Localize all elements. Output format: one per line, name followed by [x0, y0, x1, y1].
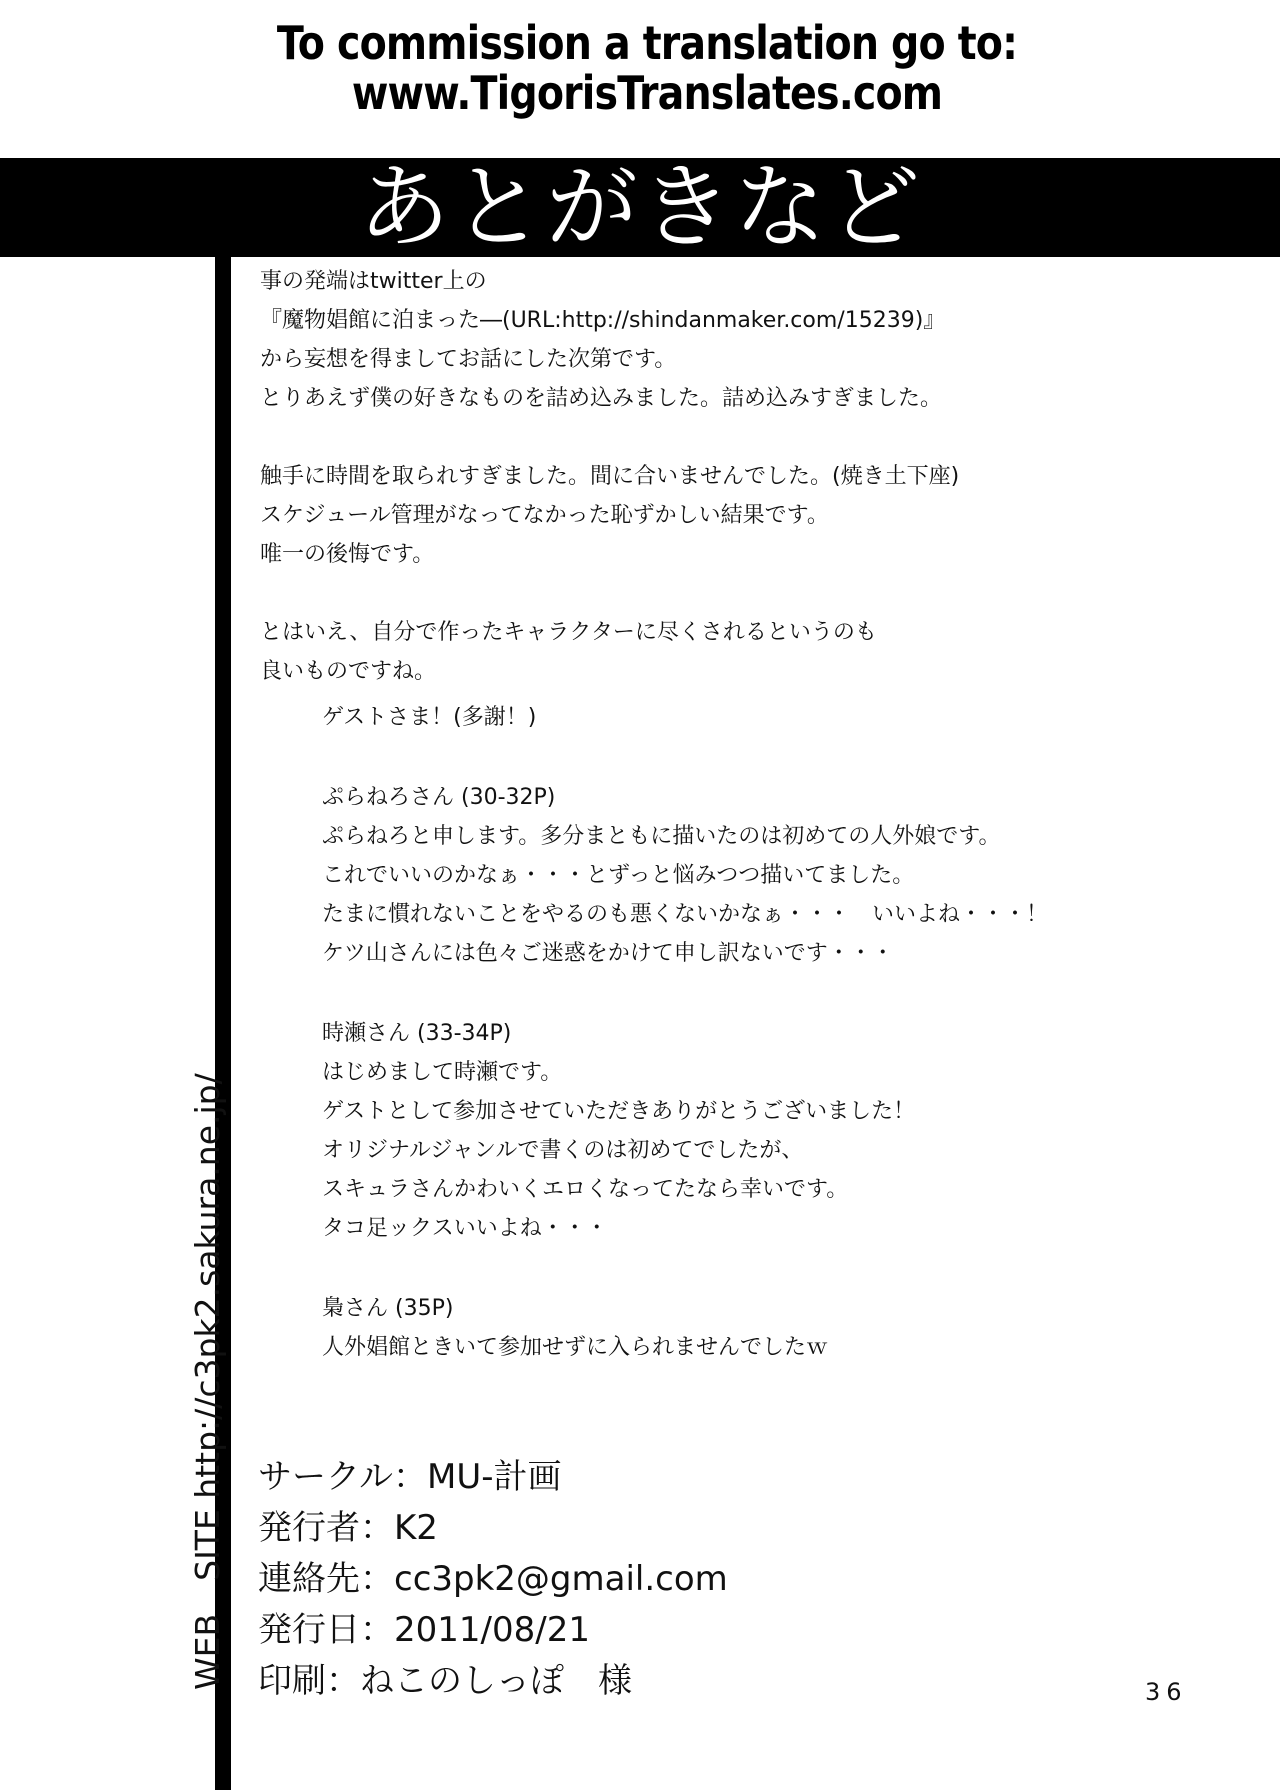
afterword-line: 『魔物娼館に泊まった―(URL:http://shindanmaker.com/… — [260, 301, 1260, 340]
guest-comment-line: スキュラさんかわいくエロくなってたなら幸いです。 — [322, 1170, 1272, 1209]
guest-comment-line: はじめまして時瀬です。 — [322, 1053, 1272, 1092]
paragraph-gap — [260, 574, 1260, 613]
banner-line-1: To commission a translation go to: — [97, 18, 1198, 68]
colophon-printer: 印刷：ねこのしっぽ 様 — [258, 1656, 1058, 1707]
guest-comment-line: たまに慣れないことをやるのも悪くないかなぁ・・・ いいよね・・・！ — [322, 895, 1272, 934]
website-vertical-text: WEB SITE http://c3pk2.sakura.ne.jp/ — [188, 1030, 228, 1690]
guest-comment-line: タコ足ックスいいよね・・・ — [322, 1209, 1272, 1248]
guest-comment-line: ゲストとして参加させていただきありがとうございました！ — [322, 1092, 1272, 1131]
paragraph-gap — [322, 1248, 1272, 1289]
colophon: サークル：MU-計画 発行者：K2 連絡先：cc3pk2@gmail.com 発… — [258, 1452, 1058, 1707]
guest-name: 時瀬さん (33-34P) — [322, 1014, 1272, 1053]
banner-url: www.TigorisTranslates.com — [97, 68, 1198, 118]
paragraph-gap — [322, 973, 1272, 1014]
colophon-date: 発行日：2011/08/21 — [258, 1605, 1058, 1656]
colophon-circle: サークル：MU-計画 — [258, 1452, 1058, 1503]
afterword-line: とりあえず僕の好きなものを詰め込みました。詰め込みすぎました。 — [260, 379, 1260, 418]
afterword-line: から妄想を得ましてお話にした次第です。 — [260, 340, 1260, 379]
guest-comment-line: ぷらねろと申します。多分まともに描いたのは初めての人外娘です。 — [322, 817, 1272, 856]
afterword-line: スケジュール管理がなってなかった恥ずかしい結果です。 — [260, 496, 1260, 535]
afterword-line: 良いものですね。 — [260, 652, 1260, 691]
guest-comment-line: これでいいのかなぁ・・・とずっと悩みつつ描いてました。 — [322, 856, 1272, 895]
afterword-text: 事の発端はtwitter上の 『魔物娼館に泊まった―(URL:http://sh… — [260, 262, 1260, 691]
guest-comment-line: オリジナルジャンルで書くのは初めてでしたが、 — [322, 1131, 1272, 1170]
colophon-publisher: 発行者：K2 — [258, 1503, 1058, 1554]
page-title: あとがきなど — [0, 158, 1280, 257]
guest-name: ぷらねろさん (30-32P) — [322, 778, 1272, 817]
guest-heading: ゲストさま！(多謝！) — [322, 698, 1272, 737]
page-number: 36 — [1145, 1678, 1188, 1706]
guest-name: 梟さん (35P) — [322, 1289, 1272, 1328]
paragraph-gap — [260, 418, 1260, 457]
colophon-contact: 連絡先：cc3pk2@gmail.com — [258, 1554, 1058, 1605]
guest-comment-line: ケツ山さんには色々ご迷惑をかけて申し訳ないです・・・ — [322, 934, 1272, 973]
guest-comment-line: 人外娼館ときいて参加せずに入られませんでしたｗ — [322, 1328, 1272, 1367]
afterword-line: 唯一の後悔です。 — [260, 535, 1260, 574]
afterword-line: 触手に時間を取られすぎました。間に合いませんでした。(焼き土下座) — [260, 457, 1260, 496]
translation-banner: To commission a translation go to: www.T… — [97, 18, 1198, 118]
guest-section: ゲストさま！(多謝！) ぷらねろさん (30-32P) ぷらねろと申します。多分… — [322, 698, 1272, 1367]
afterword-line: とはいえ、自分で作ったキャラクターに尽くされるというのも — [260, 613, 1260, 652]
afterword-line: 事の発端はtwitter上の — [260, 262, 1260, 301]
title-band: あとがきなど — [0, 158, 1280, 257]
paragraph-gap — [322, 737, 1272, 778]
